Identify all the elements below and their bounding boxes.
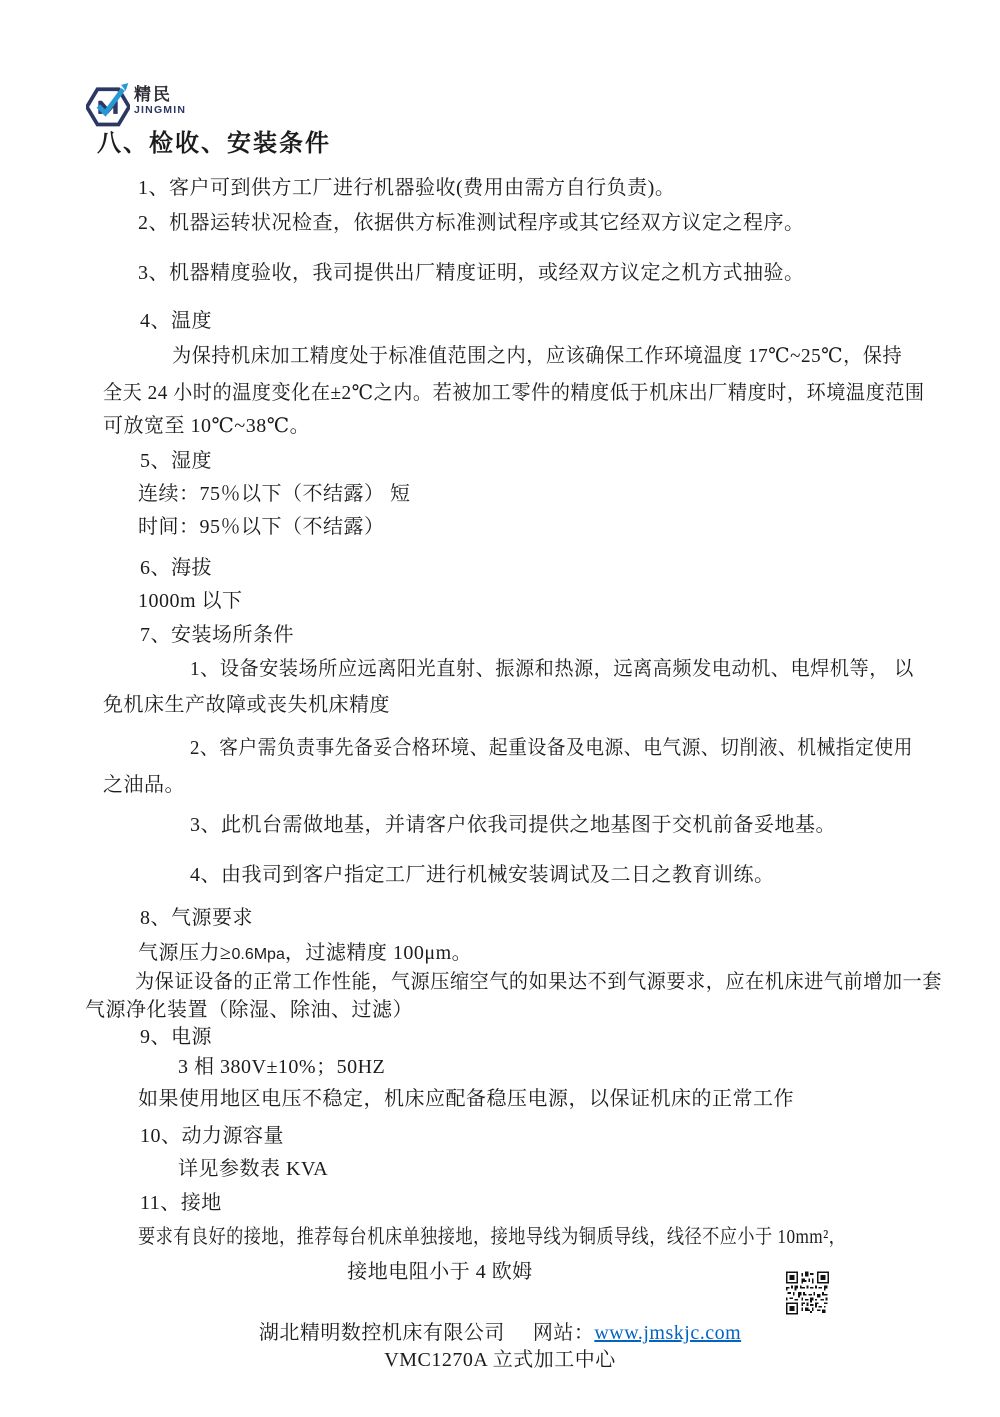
qr-code xyxy=(786,1271,829,1315)
qr-code-graphic xyxy=(786,1271,829,1315)
brand-name-en: JINGMIN xyxy=(134,104,186,117)
footer-model-line: VMC1270A 立式加工中心 xyxy=(0,1347,1000,1373)
footer-website-link[interactable]: www.jmskjc.com xyxy=(594,1322,741,1344)
humidity-line-2: 时间：95％以下（不结露） xyxy=(138,514,385,540)
acceptance-item-2: 2、机器运转状况检查，依据供方标准测试程序或其它经双方议定之程序。 xyxy=(138,210,805,236)
brand-text: 精民 JINGMIN xyxy=(134,86,186,117)
air-note-line-1: 为保证设备的正常工作性能，气源压缩空气的如果达不到气源要求，应在机床进气前增加一… xyxy=(135,969,942,995)
section-altitude-title: 6、海拔 xyxy=(140,555,212,581)
document-page: 精民 JINGMIN 八、检收、安装条件 1、客户可到供方工厂进行机器验收(费用… xyxy=(0,0,1000,1417)
air-pressure-suffix: ，过滤精度 100μm。 xyxy=(285,942,472,964)
jingmin-hexagon-icon xyxy=(86,82,130,130)
temperature-line-2: 全天 24 小时的温度变化在±2℃之内。若被加工零件的精度低于机床出厂精度时，环… xyxy=(103,380,925,406)
section-capacity-title: 10、动力源容量 xyxy=(140,1123,284,1149)
altitude-line: 1000m 以下 xyxy=(138,588,243,614)
footer-website-label: 网站： xyxy=(533,1322,595,1344)
air-pressure-line: 气源压力≥0.6Mpa，过滤精度 100μm。 xyxy=(138,940,472,968)
air-pressure-prefix: 气源压力≥ xyxy=(138,942,231,964)
site-item-1a: 1、设备安装场所应远离阳光直射、振源和热源，远离高频发电动机、电焊机等， 以 xyxy=(190,656,914,682)
power-line-2: 如果使用地区电压不稳定，机床应配备稳压电源，以保证机床的正常工作 xyxy=(138,1086,794,1112)
air-pressure-value: 0.6Mpa xyxy=(231,946,284,963)
section-grounding-title: 11、接地 xyxy=(140,1190,222,1216)
section-power-title: 9、电源 xyxy=(140,1024,212,1050)
grounding-line-2: 接地电阻小于 4 欧姆 xyxy=(0,1259,880,1285)
acceptance-item-3: 3、机器精度验收，我司提供出厂精度证明，或经双方议定之机方式抽验。 xyxy=(138,260,805,286)
site-item-2b: 之油品。 xyxy=(103,772,185,798)
section-site-title: 7、安装场所条件 xyxy=(140,622,294,648)
section-humidity-title: 5、湿度 xyxy=(140,448,212,474)
temperature-line-3: 可放宽至 10℃~38℃。 xyxy=(103,413,310,439)
capacity-line: 详见参数表 KVA xyxy=(178,1156,328,1182)
site-item-2a: 2、客户需负责事先备妥合格环境、起重设备及电源、电气源、切削液、机械指定使用 xyxy=(190,735,913,761)
power-line-1: 3 相 380V±10%；50HZ xyxy=(178,1054,385,1080)
humidity-line-1: 连续：75％以下（不结露） 短 xyxy=(138,481,411,507)
page-title: 八、检收、安装条件 xyxy=(97,129,331,159)
footer-company: 湖北精明数控机床有限公司 xyxy=(259,1322,505,1344)
section-air-title: 8、气源要求 xyxy=(140,905,253,931)
site-item-4: 4、由我司到客户指定工厂进行机械安装调试及二日之教育训练。 xyxy=(190,862,775,888)
brand-name-cn: 精民 xyxy=(134,86,186,104)
section-temperature-title: 4、温度 xyxy=(140,308,212,334)
site-item-1b: 免机床生产故障或丧失机床精度 xyxy=(103,692,390,718)
logo: 精民 JINGMIN xyxy=(86,82,186,130)
air-note-line-2: 气源净化装置（除湿、除油、过滤） xyxy=(85,997,413,1023)
acceptance-item-1: 1、客户可到供方工厂进行机器验收(费用由需方自行负责)。 xyxy=(138,175,675,201)
footer-company-line: 湖北精明数控机床有限公司网站：www.jmskjc.com xyxy=(0,1320,1000,1346)
grounding-line-1: 要求有良好的接地，推荐每台机床单独接地，接地导线为铜质导线，线径不应小于 10m… xyxy=(138,1224,846,1250)
site-item-3: 3、此机台需做地基，并请客户依我司提供之地基图于交机前备妥地基。 xyxy=(190,812,836,838)
temperature-line-1: 为保持机床加工精度处于标准值范围之内，应该确保工作环境温度 17℃~25℃，保持 xyxy=(172,343,902,369)
